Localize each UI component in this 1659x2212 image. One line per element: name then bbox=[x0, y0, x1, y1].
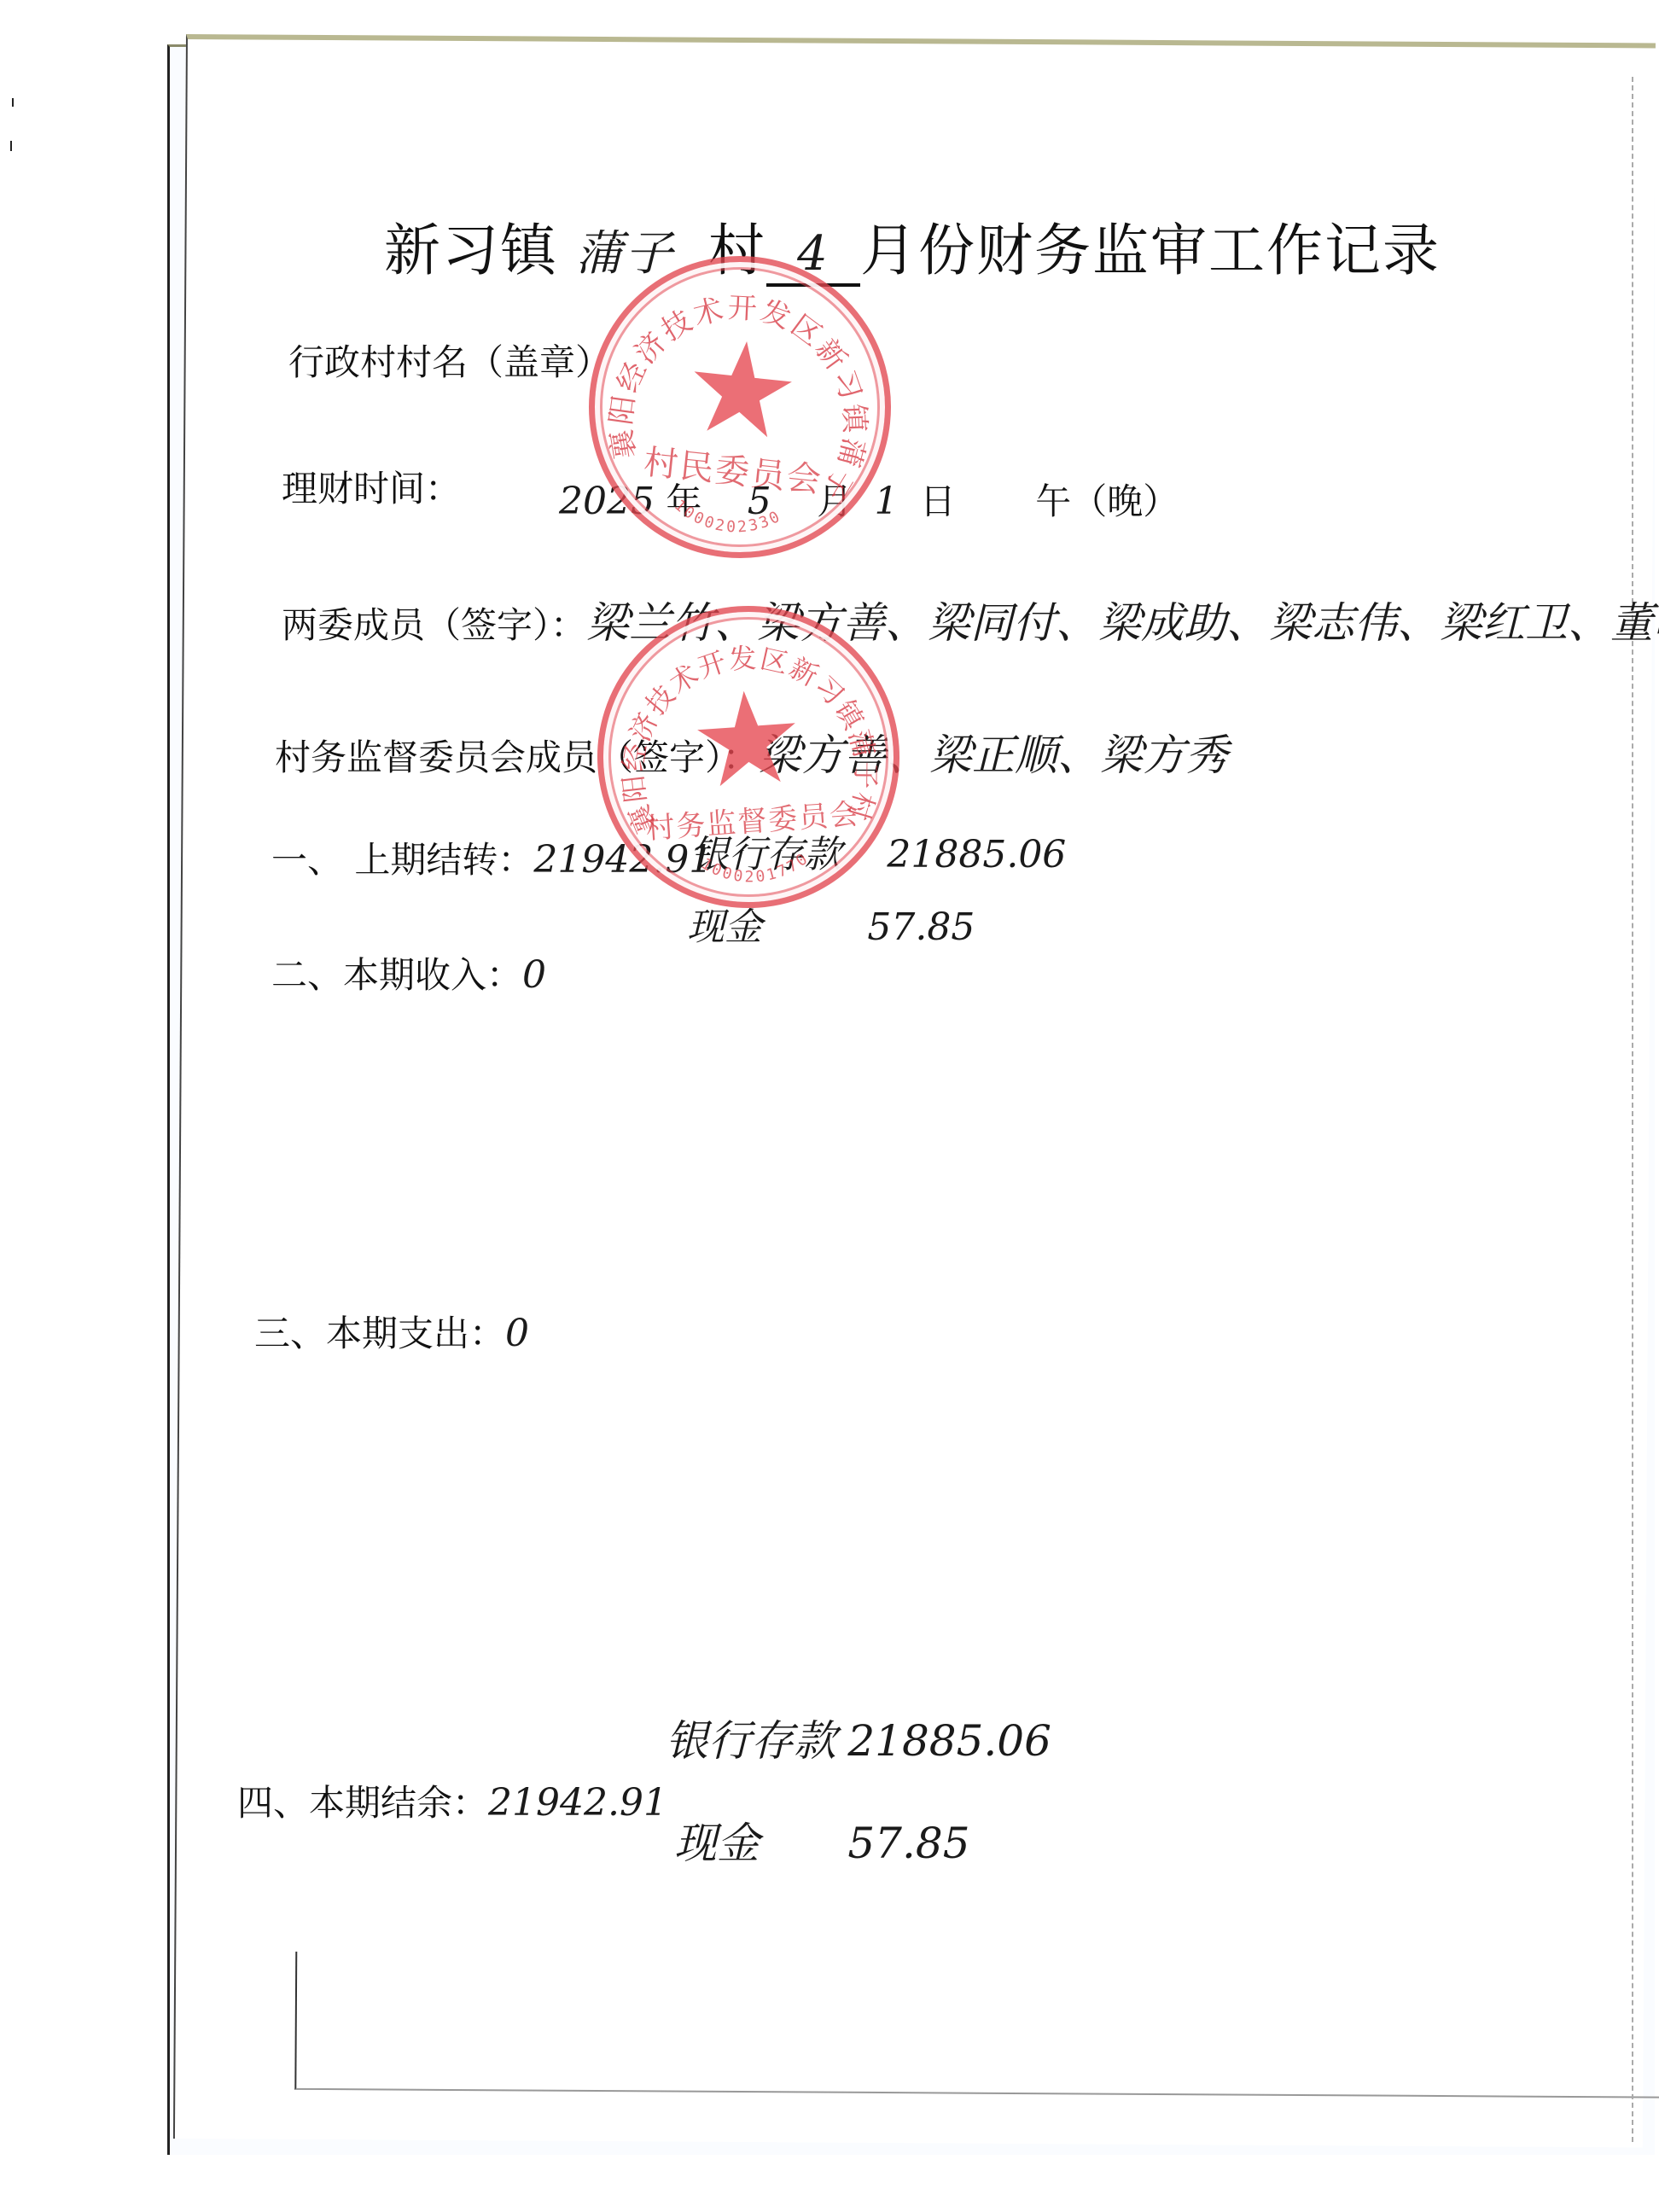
title-village-suffix: 村 bbox=[708, 218, 766, 283]
paper-inner-edge bbox=[294, 1952, 1659, 2098]
village-name-row: 行政村村名（盖章） bbox=[288, 335, 611, 386]
carryover-cash: 现金 57.85 bbox=[687, 896, 975, 951]
detail-value: 21885.06 bbox=[887, 833, 1066, 876]
section-label: 一、 上期结转： bbox=[271, 839, 533, 881]
detail-label: 银行存款 bbox=[666, 1716, 836, 1766]
page-title: 新习镇蒲子村4月份财务监审工作记录 bbox=[384, 205, 1441, 287]
title-suffix: 月份财务监审工作记录 bbox=[860, 218, 1441, 283]
title-prefix: 新习镇 bbox=[384, 218, 558, 283]
section-value: 21942.91 bbox=[488, 1781, 667, 1825]
section-value: 21942.91 bbox=[533, 838, 713, 882]
finance-time-label: 理财时间： bbox=[282, 468, 461, 509]
section-value: 0 bbox=[505, 1312, 529, 1355]
year-unit: 年 bbox=[666, 480, 701, 522]
supervision-row: 村务监督委员会成员（签字）：梁方善、梁正顺、梁方秀 bbox=[275, 721, 1228, 783]
section-label: 四、本期结余： bbox=[237, 1782, 488, 1824]
title-month-handwritten: 4 bbox=[797, 226, 829, 282]
village-name-label: 行政村村名（盖章） bbox=[288, 341, 611, 383]
paper-right-edge bbox=[1632, 77, 1635, 2142]
period-text: 午（晚） bbox=[1035, 480, 1179, 522]
section-expense: 三、本期支出：0 bbox=[254, 1306, 529, 1357]
detail-label: 银行存款 bbox=[691, 833, 841, 876]
balance-cash: 现金 57.85 bbox=[674, 1809, 970, 1871]
section-income: 二、本期收入：0 bbox=[271, 947, 546, 998]
section-label: 二、本期收入： bbox=[271, 954, 522, 996]
section-balance: 四、本期结余：21942.91 bbox=[237, 1775, 667, 1826]
section-carryover: 一、 上期结转：21942.91 bbox=[271, 832, 713, 883]
detail-label: 现金 bbox=[674, 1819, 760, 1868]
balance-bank: 银行存款 21885.06 bbox=[666, 1707, 1051, 1768]
supervision-label: 村务监督委员会成员（签字）： bbox=[275, 736, 759, 778]
title-month-blank: 4 bbox=[766, 218, 860, 287]
finance-time-value: 2025 年 5 月 1 日 午（晚） bbox=[559, 474, 1179, 525]
carryover-bank: 银行存款 21885.06 bbox=[691, 824, 1066, 878]
detail-value: 21885.06 bbox=[847, 1716, 1051, 1766]
finance-year: 2025 bbox=[559, 480, 655, 523]
two-committee-signatures: 梁兰竹、梁方善、梁同付、梁成助、梁志伟、梁红卫、董明喜 bbox=[586, 598, 1659, 648]
section-label: 三、本期支出： bbox=[254, 1313, 505, 1354]
section-value: 0 bbox=[522, 953, 546, 997]
title-village-handwritten: 蒲子 bbox=[575, 226, 674, 282]
detail-value: 57.85 bbox=[847, 1819, 969, 1868]
detail-label: 现金 bbox=[687, 905, 762, 949]
two-committee-row: 两委成员（签字）：梁兰竹、梁方善、梁同付、梁成助、梁志伟、梁红卫、董明喜 bbox=[282, 589, 1659, 650]
day-unit: 日 bbox=[920, 480, 956, 522]
supervision-signatures: 梁方善、梁正顺、梁方秀 bbox=[759, 731, 1228, 780]
month-unit: 月 bbox=[817, 480, 853, 522]
detail-value: 57.85 bbox=[867, 905, 975, 949]
finance-day: 1 bbox=[874, 480, 898, 523]
two-committee-label: 两委成员（签字）： bbox=[282, 604, 586, 646]
finance-time-row: 理财时间： bbox=[282, 461, 461, 512]
finance-month: 5 bbox=[748, 480, 771, 523]
